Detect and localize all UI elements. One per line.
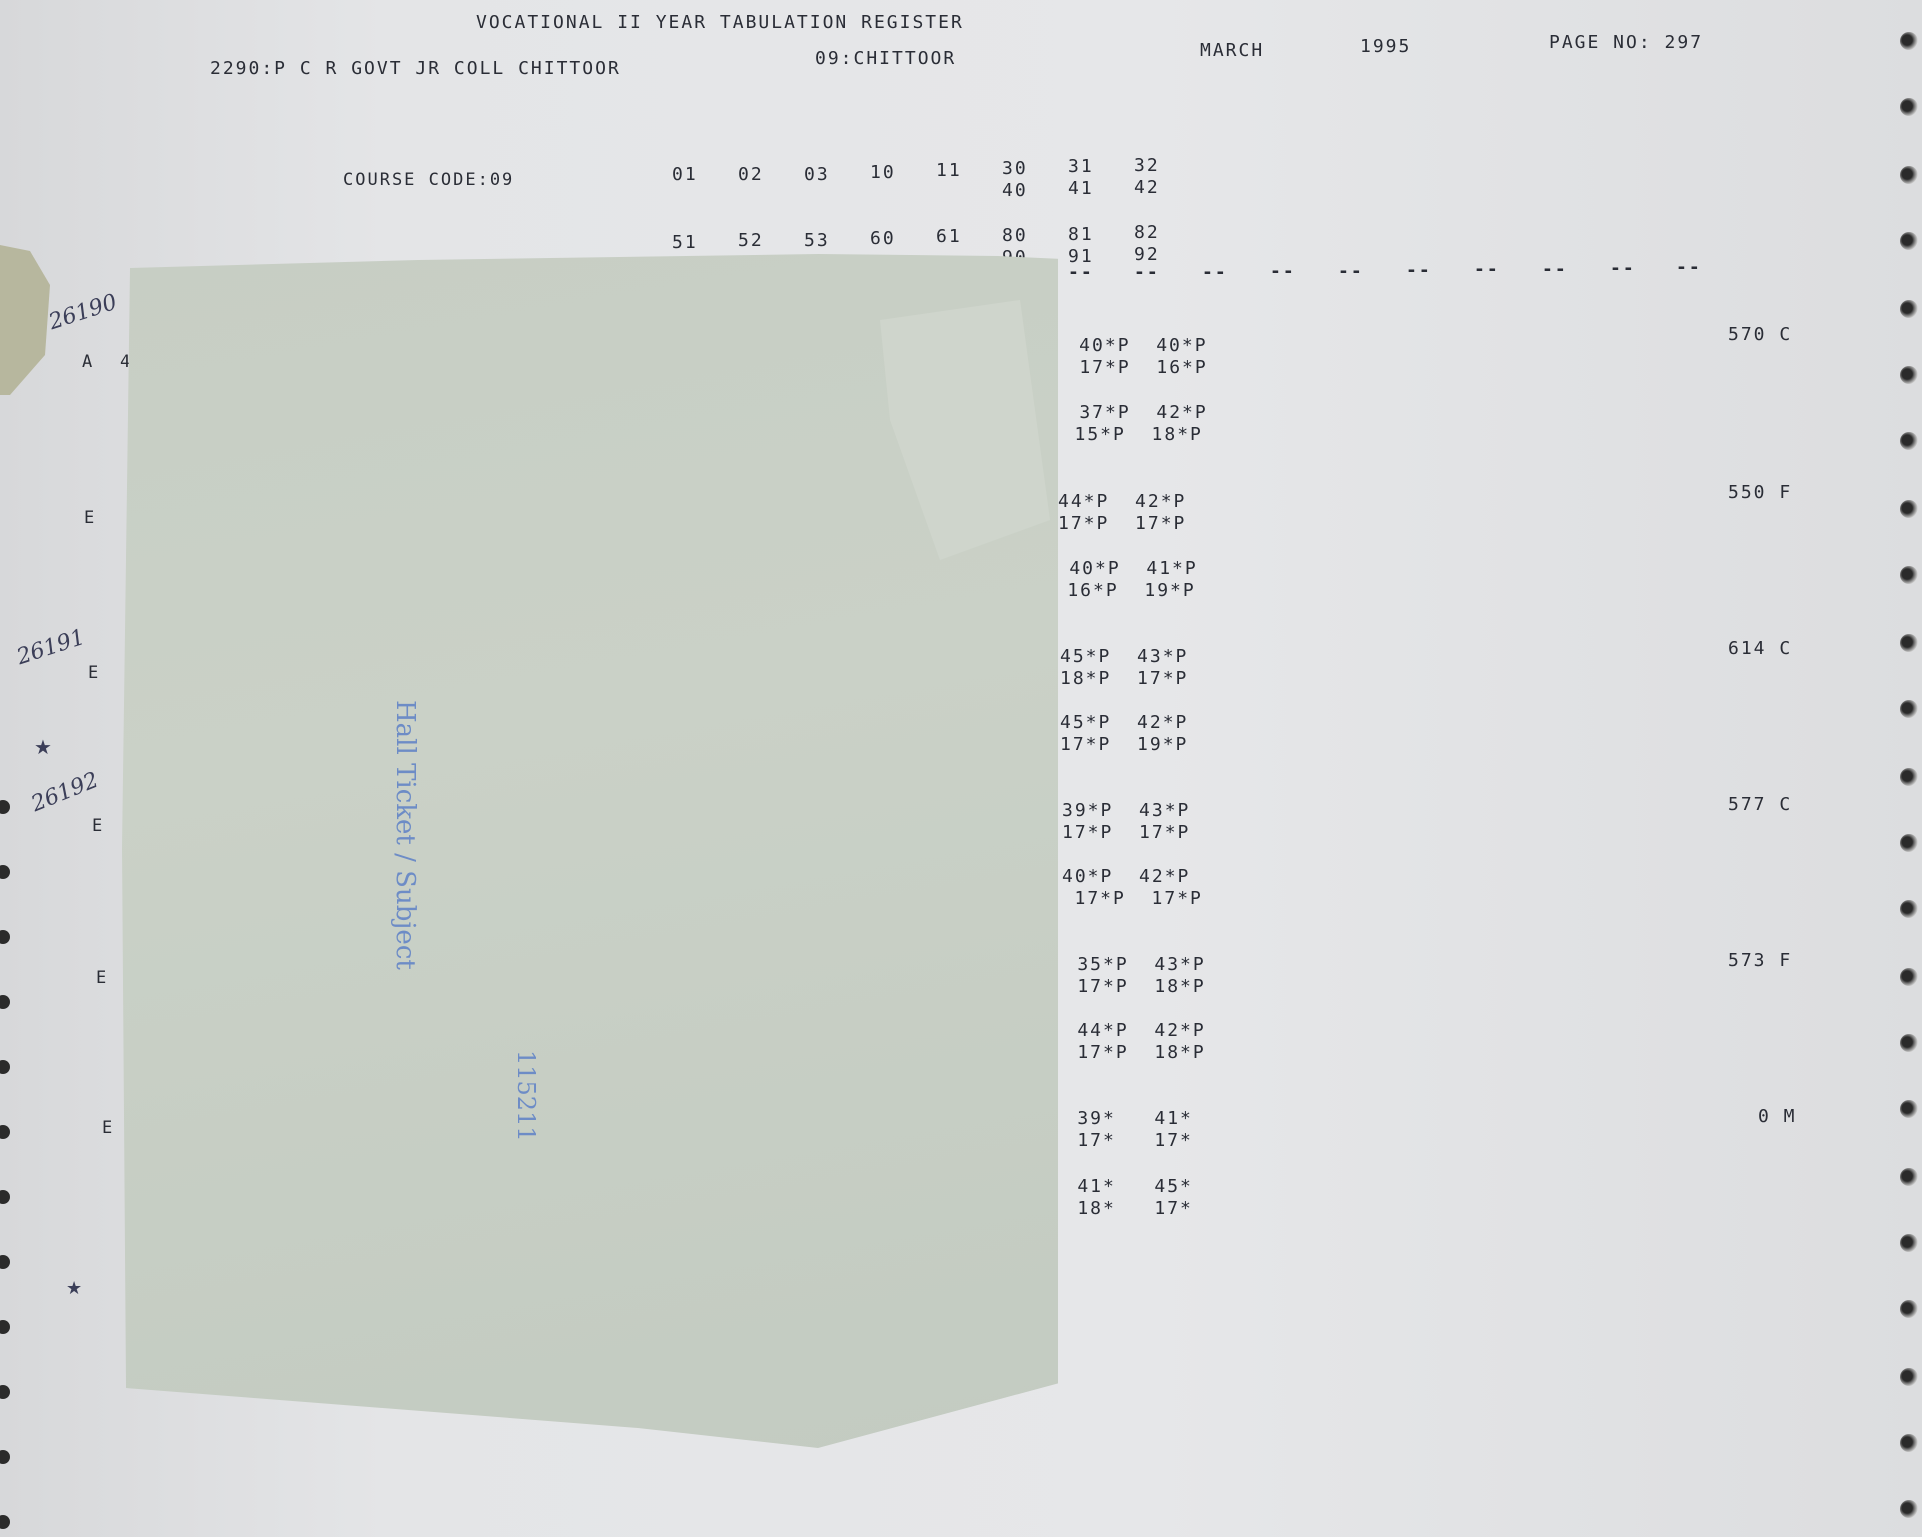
perforation-hole-icon <box>1900 500 1918 518</box>
separator-dash: -- <box>1406 262 1432 280</box>
handwritten-cover-code: 115211 <box>512 1050 540 1142</box>
marks-line: 44*P 42*P <box>1058 493 1186 511</box>
perforation-hole-icon <box>1900 566 1918 584</box>
perforation-hole-icon <box>1900 768 1918 786</box>
marks-line: 45*P 42*P <box>1060 714 1188 732</box>
separator-dash: -- <box>1542 261 1568 279</box>
perforation-hole-icon <box>1900 32 1918 50</box>
exam-month: MARCH <box>1200 42 1264 60</box>
perforation-hole-icon <box>1900 1168 1918 1186</box>
subject-code: 81 <box>1068 226 1094 244</box>
subject-code: 02 <box>738 166 764 184</box>
separator-dash: -- <box>1068 264 1094 282</box>
register-title: VOCATIONAL II YEAR TABULATION REGISTER <box>476 14 964 32</box>
register-page: VOCATIONAL II YEAR TABULATION REGISTER 2… <box>0 0 1922 1537</box>
perforation-hole-icon <box>0 1385 10 1399</box>
separator-dash: -- <box>1202 264 1228 282</box>
perforation-hole-icon <box>1900 1034 1918 1052</box>
record-grade-letter: E <box>96 970 108 987</box>
subject-code: 31 <box>1068 158 1094 176</box>
subject-code: 11 <box>936 162 962 180</box>
marks-line: P 17*P 17*P <box>1036 890 1203 908</box>
perforation-hole-icon <box>1900 98 1918 116</box>
record-grade-letter: E <box>84 510 96 527</box>
record-total: 573 F <box>1728 952 1792 970</box>
record-total: 0 M <box>1758 1108 1797 1126</box>
exam-year: 1995 <box>1360 38 1411 56</box>
perforation-hole-icon <box>0 1320 10 1334</box>
subject-code: 60 <box>870 230 896 248</box>
perforation-hole-icon <box>1900 1368 1918 1386</box>
perforation-hole-icon <box>0 1190 10 1204</box>
handwritten-cover-note: Hall Ticket / Subject <box>390 700 420 970</box>
record-grade-letter: E <box>92 818 104 835</box>
perforation-hole-icon <box>1900 834 1918 852</box>
record-total: 614 C <box>1728 640 1792 658</box>
perforation-hole-icon <box>1900 1100 1918 1118</box>
marks-line: 17*P 17*P <box>1062 824 1190 842</box>
marks-line: P 15*P 18*P <box>1036 426 1203 444</box>
handwritten-register-number: 26191 <box>14 625 88 670</box>
perforation-hole-icon <box>0 1450 10 1464</box>
subject-code: 10 <box>870 164 896 182</box>
perforation-hole-icon <box>1900 232 1918 250</box>
perforation-hole-icon <box>1900 366 1918 384</box>
perforation-hole-icon <box>1900 1234 1918 1252</box>
perforation-hole-icon <box>0 1255 10 1269</box>
marks-line: 17*P 19*P <box>1060 736 1188 754</box>
perforation-hole-icon <box>0 1060 10 1074</box>
torn-paper-edge <box>0 245 55 395</box>
record-grade-letter: A <box>82 354 94 371</box>
handwritten-register-number: 26192 <box>28 768 102 817</box>
subject-code: 42 <box>1134 179 1160 197</box>
course-code-label: COURSE CODE:09 <box>343 172 514 189</box>
subject-code: 30 <box>1002 160 1028 178</box>
subject-code: 80 <box>1002 227 1028 245</box>
separator-dash: -- <box>1610 260 1636 278</box>
page-number: PAGE NO: 297 <box>1549 34 1703 52</box>
perforation-hole-icon <box>0 995 10 1009</box>
separator-dash: -- <box>1134 264 1160 282</box>
marks-line: 39*P 43*P <box>1062 802 1190 820</box>
star-mark-icon: ★ <box>34 735 52 759</box>
record-grade-letter: E <box>88 665 100 682</box>
perforation-hole-icon <box>0 1125 10 1139</box>
subject-code: 53 <box>804 232 830 250</box>
separator-dash: -- <box>1474 261 1500 279</box>
record-total: 577 C <box>1728 796 1792 814</box>
record-total: 570 C <box>1728 326 1792 344</box>
separator-dash: -- <box>1338 263 1364 281</box>
perforation-hole-icon <box>1900 700 1918 718</box>
perforation-hole-icon <box>1900 1434 1918 1452</box>
subject-code: 40 <box>1002 182 1028 200</box>
subject-code: 32 <box>1134 157 1160 175</box>
record-grade-letter: E <box>102 1120 114 1137</box>
subject-code: 01 <box>672 166 698 184</box>
separator-dash: -- <box>1270 263 1296 281</box>
perforation-hole-icon <box>0 1515 10 1529</box>
perforation-hole-icon <box>0 865 10 879</box>
perforation-hole-icon <box>1900 300 1918 318</box>
college-name: 2290:P C R GOVT JR COLL CHITTOOR <box>210 60 621 78</box>
marks-line: 17*P 17*P <box>1058 515 1186 533</box>
perforation-hole-icon <box>1900 1500 1918 1518</box>
subject-code: 41 <box>1068 180 1094 198</box>
marks-line: 18*P 17*P <box>1060 670 1188 688</box>
perforation-hole-icon <box>1900 900 1918 918</box>
record-total: 550 F <box>1728 484 1792 502</box>
star-mark-icon: ★ <box>66 1278 82 1299</box>
perforation-hole-icon <box>0 930 10 944</box>
perforation-hole-icon <box>1900 432 1918 450</box>
perforation-hole-icon <box>1900 968 1918 986</box>
subject-code: 52 <box>738 232 764 250</box>
perforation-hole-icon <box>1900 1300 1918 1318</box>
perforation-hole-icon <box>0 800 10 814</box>
subject-code: 61 <box>936 228 962 246</box>
subject-code: 82 <box>1134 224 1160 242</box>
perforation-hole-icon <box>1900 634 1918 652</box>
subject-code: 51 <box>672 234 698 252</box>
subject-code: 03 <box>804 166 830 184</box>
marks-line: 40*P 42*P <box>1062 868 1190 886</box>
marks-line: 45*P 43*P <box>1060 648 1188 666</box>
district-code: 09:CHITTOOR <box>815 50 956 68</box>
handwritten-register-number: 26190 <box>46 290 120 335</box>
perforation-hole-icon <box>1900 166 1918 184</box>
separator-dash: -- <box>1676 259 1702 277</box>
